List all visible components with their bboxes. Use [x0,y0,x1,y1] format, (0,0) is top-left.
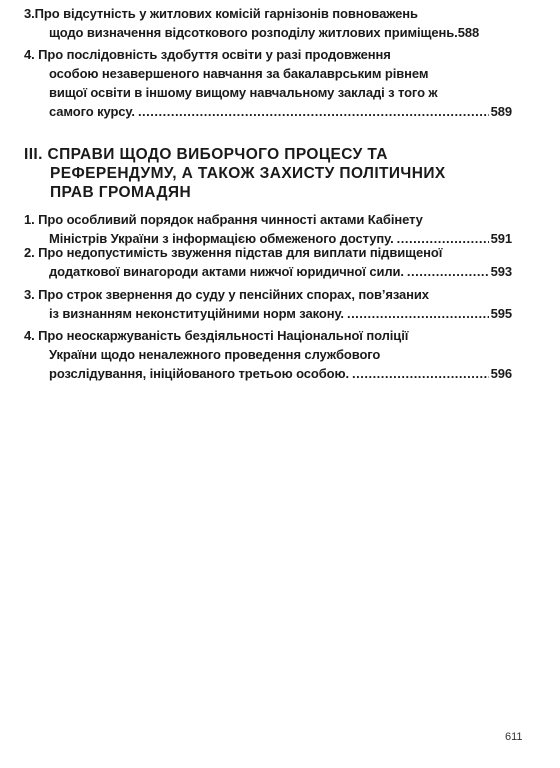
toc-entry-title-line: України щодо неналежного проведення служ… [24,345,512,364]
section-heading-line: ІІІ. СПРАВИ ЩОДО ВИБОРЧОГО ПРОЦЕСУ ТА [24,145,524,164]
dot-leader [407,262,489,281]
toc-entry-title-line: 1. Про особливий порядок набрання чиннос… [24,210,512,229]
section-heading: ІІІ. СПРАВИ ЩОДО ВИБОРЧОГО ПРОЦЕСУ ТА РЕ… [24,145,524,202]
toc-entry-title-line: 4. Про неоскаржуваність бездіяльності На… [24,326,512,345]
toc-entry: 2. Про недопустимість звуження підстав д… [24,243,512,281]
toc-entry-title-line: 3. Про строк звернення до суду у пенсійн… [24,285,512,304]
toc-entry-text: розслідування, ініційованого третьою осо… [49,364,349,383]
toc-entry-last-line: щодо визначення відсоткового розподілу ж… [24,23,512,42]
toc-page-number: 593 [491,262,512,281]
toc-page-number: 596 [491,364,512,383]
page-number: 611 [505,731,523,743]
toc-page-number: 589 [491,102,512,121]
dot-leader [347,304,489,323]
toc-page-number: 595 [491,304,512,323]
toc-entry-text: щодо визначення відсоткового розподілу ж… [49,23,458,42]
toc-entry-title-line: 2. Про недопустимість звуження підстав д… [24,243,512,262]
toc-entry: 3. Про строк звернення до суду у пенсійн… [24,285,512,323]
toc-entry-last-line: із визнанням неконституційними норм зако… [24,304,512,323]
toc-entry-title-line: 4. Про послідовність здобуття освіти у р… [24,45,512,64]
toc-entry-text: із визнанням неконституційними норм зако… [49,304,344,323]
toc-entry-title-line: вищої освіти в іншому вищому навчальному… [24,83,512,102]
toc-entry-title-line: особою незавершеного навчання за бакалав… [24,64,512,83]
section-heading-line: РЕФЕРЕНДУМУ, А ТАКОЖ ЗАХИСТУ ПОЛІТИЧНИХ [24,164,524,183]
toc-entry-last-line: розслідування, ініційованого третьою осо… [24,364,512,383]
toc-entry-last-line: додаткової винагороди актами нижчої юрид… [24,262,512,281]
document-page: 3.Про відсутність у житлових комісій гар… [0,0,560,768]
toc-entry-text: додаткової винагороди актами нижчої юрид… [49,262,404,281]
dot-leader [352,364,489,383]
toc-page-number: 588 [458,23,479,42]
section-heading-line: ПРАВ ГРОМАДЯН [24,183,524,202]
toc-entry: 4. Про неоскаржуваність бездіяльності На… [24,326,512,383]
toc-entry-text: самого курсу. [49,102,135,121]
toc-entry: 4. Про послідовність здобуття освіти у р… [24,45,512,121]
dot-leader [138,102,489,121]
toc-entry-title-line: 3.Про відсутність у житлових комісій гар… [24,4,512,23]
toc-entry-last-line: самого курсу. 589 [24,102,512,121]
toc-entry: 3.Про відсутність у житлових комісій гар… [24,4,512,42]
